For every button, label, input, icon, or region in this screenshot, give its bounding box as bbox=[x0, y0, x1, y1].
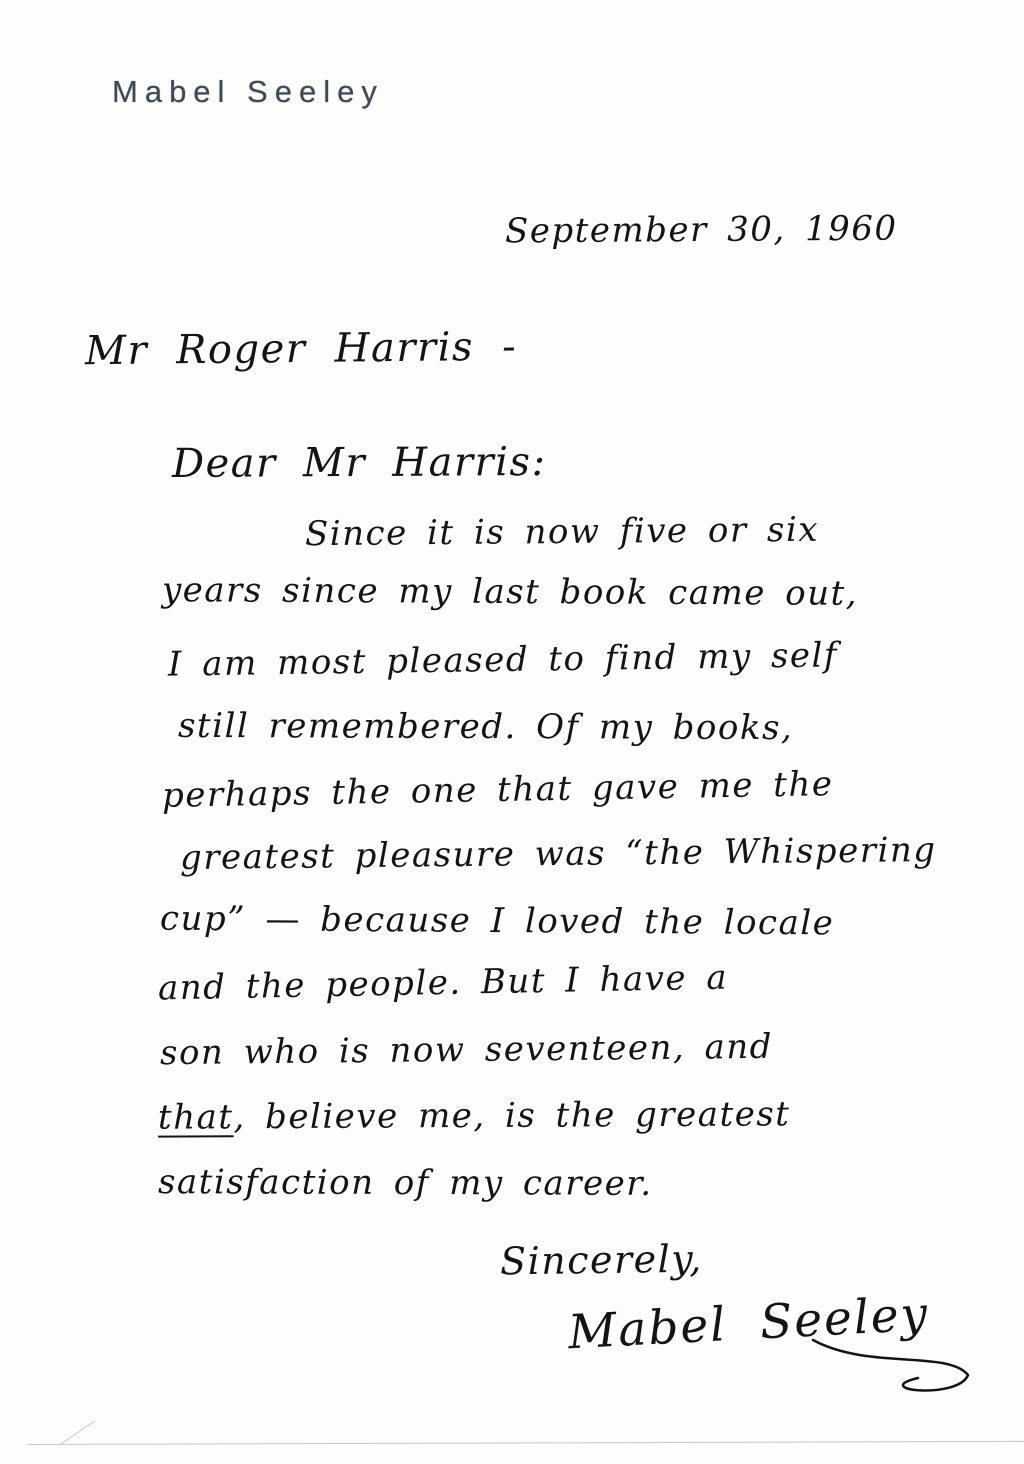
signature-flourish bbox=[808, 1330, 978, 1410]
body-line-emphasized: that, believe me, is the greatest bbox=[158, 1094, 791, 1137]
body-line: satisfaction of my career. bbox=[158, 1162, 653, 1204]
scan-artifact-line bbox=[28, 1441, 1024, 1445]
body-line: cup” — because I loved the locale bbox=[160, 899, 835, 944]
body-line: years since my last book came out, bbox=[162, 570, 858, 614]
body-line: still remembered. Of my books, bbox=[178, 706, 793, 748]
body-line: Since it is now five or six bbox=[305, 510, 819, 554]
letterhead-name: Mabel Seeley bbox=[112, 74, 384, 110]
body-line: I am most pleased to find my self bbox=[168, 635, 839, 684]
body-line: greatest pleasure was “the Whispering bbox=[180, 830, 937, 878]
date-line: September 30, 1960 bbox=[505, 209, 898, 252]
closing-line: Sincerely, bbox=[500, 1237, 703, 1284]
body-line: son who is now seventeen, and bbox=[160, 1027, 773, 1073]
underlined-word: that bbox=[158, 1097, 234, 1137]
salutation-line: Dear Mr Harris: bbox=[172, 439, 547, 487]
letter-page: Mabel Seeley September 30, 1960 Mr Roger… bbox=[0, 0, 1024, 1464]
scan-artifact-tick bbox=[60, 1421, 95, 1445]
body-line-rest: , believe me, is the greatest bbox=[233, 1094, 790, 1137]
body-line: and the people. But I have a bbox=[158, 958, 729, 1009]
body-line: perhaps the one that gave me the bbox=[162, 764, 834, 816]
addressee-line: Mr Roger Harris - bbox=[85, 324, 518, 375]
